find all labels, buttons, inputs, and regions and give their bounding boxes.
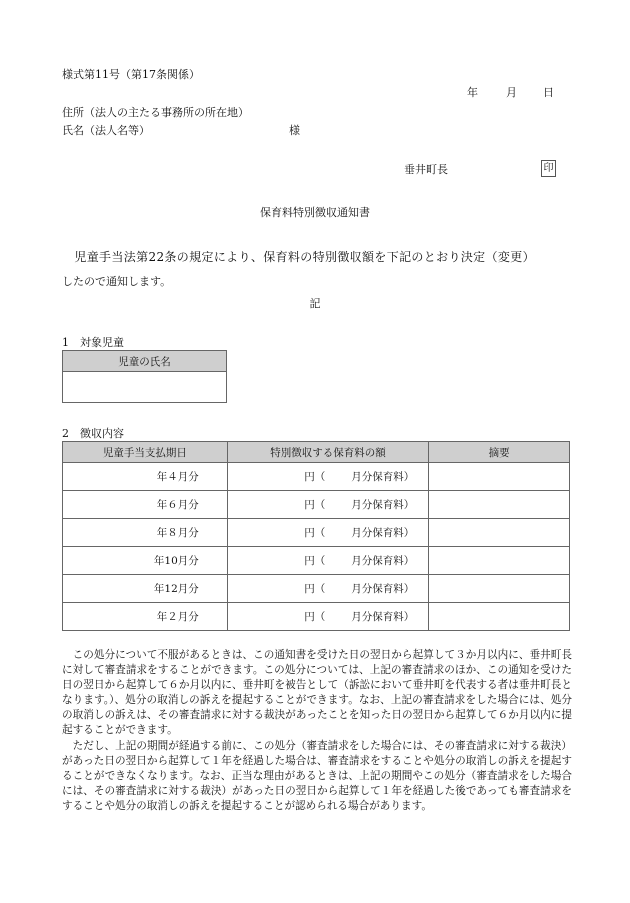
address-label: 住所（法人の主たる事務所の所在地） xyxy=(62,104,249,120)
remarks xyxy=(429,519,570,547)
table-row: 年６月分 円（月分保育料） xyxy=(63,491,570,519)
header-amount: 特別徴収する保育料の額 xyxy=(227,442,429,463)
payment-date: 年12月分 xyxy=(63,575,228,603)
intro-text-1: 児童手当法第22条の規定により、保育料の特別徴収額を下記のとおり決定（変更） xyxy=(74,250,535,264)
payment-date: 年２月分 xyxy=(63,603,228,631)
issuer: 垂井町長 xyxy=(404,161,448,177)
child-table: 児童の氏名 xyxy=(62,350,227,403)
table-row: 年８月分 円（月分保育料） xyxy=(63,519,570,547)
amount: 円（月分保育料） xyxy=(227,463,429,491)
date-month-label: 月 xyxy=(506,84,517,100)
section-1-heading: 1 対象児童 xyxy=(62,334,124,350)
collection-table: 児童手当支払期日 特別徴収する保育料の額 摘要 年４月分 円（月分保育料） 年６… xyxy=(62,441,570,631)
section-2-heading: 2 徴収内容 xyxy=(62,425,124,441)
document-title: 保育料特別徴収通知書 xyxy=(0,204,630,220)
ki-heading: 記 xyxy=(0,295,630,311)
notice-paragraph-1: この処分について不服があるときは、この通知書を受けた日の翌日から起算して３か月以… xyxy=(62,648,572,739)
date-day-label: 日 xyxy=(543,84,554,100)
table-row: 年４月分 円（月分保育料） xyxy=(63,463,570,491)
amount: 円（月分保育料） xyxy=(227,575,429,603)
honorific: 様 xyxy=(289,122,300,138)
payment-date: 年８月分 xyxy=(63,519,228,547)
table-row: 年12月分 円（月分保育料） xyxy=(63,575,570,603)
remarks xyxy=(429,463,570,491)
header-remarks: 摘要 xyxy=(429,442,570,463)
header-payment-date: 児童手当支払期日 xyxy=(63,442,228,463)
remarks xyxy=(429,547,570,575)
payment-date: 年６月分 xyxy=(63,491,228,519)
name-label: 氏名（法人名等） xyxy=(62,122,150,138)
table-row: 年10月分 円（月分保育料） xyxy=(63,547,570,575)
intro-line-1: 児童手当法第22条の規定により、保育料の特別徴収額を下記のとおり決定（変更） xyxy=(62,248,535,265)
remarks xyxy=(429,575,570,603)
amount: 円（月分保育料） xyxy=(227,491,429,519)
amount: 円（月分保育料） xyxy=(227,603,429,631)
amount: 円（月分保育料） xyxy=(227,519,429,547)
appeal-notice: この処分について不服があるときは、この通知書を受けた日の翌日から起算して３か月以… xyxy=(62,648,572,814)
intro-line-2: したので通知します。 xyxy=(62,273,171,289)
seal-icon: 印 xyxy=(541,160,556,177)
payment-date: 年４月分 xyxy=(63,463,228,491)
date-year-label: 年 xyxy=(467,84,478,100)
table-row: 年２月分 円（月分保育料） xyxy=(63,603,570,631)
child-name-cell xyxy=(63,372,227,403)
remarks xyxy=(429,603,570,631)
payment-date: 年10月分 xyxy=(63,547,228,575)
remarks xyxy=(429,491,570,519)
child-name-header: 児童の氏名 xyxy=(63,351,227,372)
notice-paragraph-2: ただし、上記の期間が経過する前に、この処分（審査請求をした場合には、その審査請求… xyxy=(62,739,572,814)
form-number: 様式第11号（第17条関係） xyxy=(62,66,200,82)
amount: 円（月分保育料） xyxy=(227,547,429,575)
